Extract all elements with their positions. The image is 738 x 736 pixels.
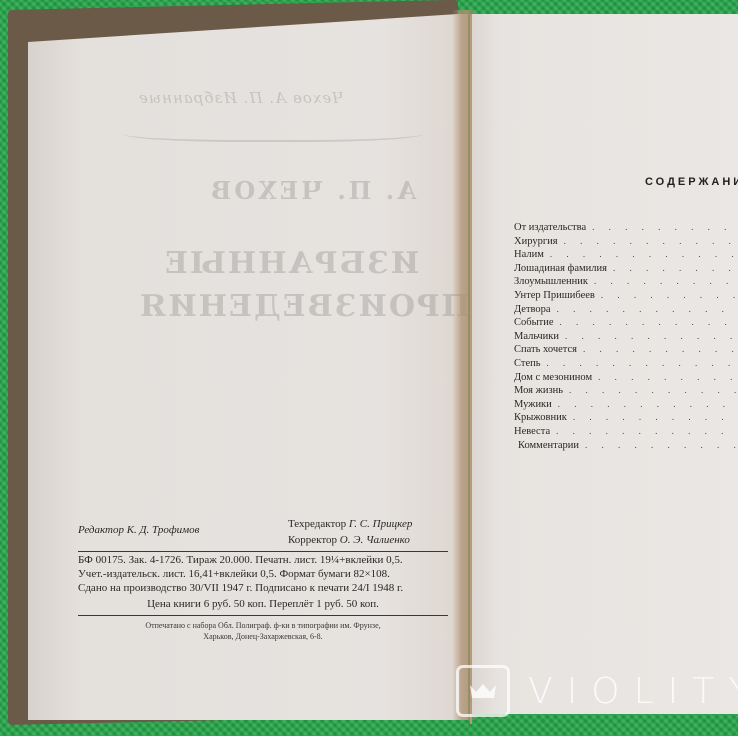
toc-leader: . . . . . . . . . . . . . . . . . . . . — [601, 290, 738, 300]
toc-item: Степь. . . . . . . . . . . . . . . . . .… — [514, 358, 738, 372]
toc-item-title: Событие — [514, 317, 554, 328]
toc-item: Мальчики. . . . . . . . . . . . . . . . … — [514, 331, 738, 345]
toc-item-title: Мужики — [514, 399, 552, 410]
toc-item-title: От издательства — [514, 222, 586, 233]
toc-title: СОДЕРЖАНИ — [645, 176, 738, 188]
toc-leader: . . . . . . . . . . . . . . . . . . . . — [565, 331, 738, 341]
bleed-through-inscription: Чехов А. П. Избранные — [138, 89, 344, 107]
toc-leader: . . . . . . . . . . . . . . . . . . . . — [564, 236, 738, 246]
imprint-line: Сдано на производство 30/VII 1947 г. Под… — [78, 582, 458, 594]
toc-item: Спать хочется. . . . . . . . . . . . . .… — [514, 344, 738, 358]
toc-item-title: Невеста — [514, 426, 550, 437]
toc-item: Унтер Пришибеев. . . . . . . . . . . . .… — [514, 290, 738, 304]
toc-leader: . . . . . . . . . . . . . . . . . . . . — [558, 399, 738, 409]
bleed-through-title-2: ПРОИЗВЕДЕНИЯ — [138, 289, 470, 324]
toc-item-title: Злоумышленник — [514, 276, 588, 287]
corrector-name: О. Э. Чалиенко — [340, 534, 410, 546]
toc-leader: . . . . . . . . . . . . . . . . . . . . — [547, 358, 738, 368]
toc-item-title: Детвора — [514, 304, 551, 315]
toc-leader: . . . . . . . . . . . . . . . . . . . . — [573, 412, 738, 422]
imprint-rule-bottom — [78, 615, 448, 616]
toc-item-title: Дом с мезонином — [514, 372, 592, 383]
imprint-line: БФ 00175. Зак. 4-1726. Тираж 20.000. Печ… — [78, 554, 458, 566]
bleed-through-flourish — [123, 122, 423, 142]
toc-item: Хирургия. . . . . . . . . . . . . . . . … — [514, 236, 738, 250]
toc-item-title: Крыжовник — [514, 412, 567, 423]
toc-item: Детвора. . . . . . . . . . . . . . . . .… — [514, 304, 738, 318]
toc-item-title: Комментарии — [518, 440, 579, 451]
toc-leader: . . . . . . . . . . . . . . . . . . . . — [560, 317, 738, 327]
corrector-role: Корректор — [288, 534, 337, 546]
bleed-through-title-1: ИЗБРАННЫЕ — [163, 246, 419, 281]
imprint-rule-top — [78, 551, 448, 552]
editor-role: Редактор — [78, 524, 124, 536]
watermark-text: VIOLITY — [528, 671, 738, 712]
toc-item: Дом с мезонином. . . . . . . . . . . . .… — [514, 372, 738, 386]
toc-item: Невеста. . . . . . . . . . . . . . . . .… — [514, 426, 738, 440]
toc-leader: . . . . . . . . . . . . . . . . . . . . — [556, 426, 738, 436]
toc-leader: . . . . . . . . . . . . . . . . . . . . — [550, 249, 738, 259]
printer-address: Харьков, Донец-Захаржевская, 6-8. — [78, 632, 448, 641]
toc-item-title: Лошадиная фамилия — [514, 263, 607, 274]
toc-item-title: Налим — [514, 249, 544, 260]
bleed-through-author: А. П. ЧЕХОВ — [208, 176, 417, 205]
toc-item-title: Мальчики — [514, 331, 559, 342]
editor-name: К. Д. Трофимов — [127, 524, 200, 536]
toc-item: Налим. . . . . . . . . . . . . . . . . .… — [514, 249, 738, 263]
toc-leader: . . . . . . . . . . . . . . . . . . . . — [583, 344, 738, 354]
toc-item: Злоумышленник. . . . . . . . . . . . . .… — [514, 276, 738, 290]
toc-leader: . . . . . . . . . . . . . . . . . . . . — [592, 222, 738, 232]
tech-editor-name: Г. С. Прицкер — [349, 518, 412, 530]
table-of-contents: От издательства. . . . . . . . . . . . .… — [514, 222, 738, 453]
editor-credit: Редактор К. Д. Трофимов — [78, 524, 199, 536]
toc-leader: . . . . . . . . . . . . . . . . . . . . — [613, 263, 738, 273]
toc-leader: . . . . . . . . . . . . . . . . . . . . — [594, 276, 738, 286]
toc-leader: . . . . . . . . . . . . . . . . . . . . — [569, 385, 738, 395]
toc-leader: . . . . . . . . . . . . . . . . . . . . — [585, 440, 738, 450]
toc-item: Лошадиная фамилия. . . . . . . . . . . .… — [514, 263, 738, 277]
toc-item-title: Хирургия — [514, 236, 558, 247]
toc-leader: . . . . . . . . . . . . . . . . . . . . — [557, 304, 738, 314]
toc-item: От издательства. . . . . . . . . . . . .… — [514, 222, 738, 236]
toc-leader: . . . . . . . . . . . . . . . . . . . . — [598, 372, 738, 382]
toc-item: Мужики. . . . . . . . . . . . . . . . . … — [514, 399, 738, 413]
imprint-line: Учет.-издательск. лист. 16,41+вклейки 0,… — [78, 568, 458, 580]
toc-item: Моя жизнь. . . . . . . . . . . . . . . .… — [514, 385, 738, 399]
printer-line: Отпечатано с набора Обл. Полиграф. ф-ки … — [78, 621, 448, 630]
toc-item-title: Унтер Пришибеев — [514, 290, 595, 301]
tech-editor-role: Техредактор — [288, 518, 346, 530]
crown-icon — [456, 665, 510, 717]
price-line: Цена книги 6 руб. 50 коп. Переплёт 1 руб… — [78, 598, 448, 610]
toc-item: Крыжовник. . . . . . . . . . . . . . . .… — [514, 412, 738, 426]
corrector-credit: Корректор О. Э. Чалиенко — [288, 534, 410, 546]
violity-watermark: VIOLITY — [456, 665, 738, 717]
toc-item: Комментарии. . . . . . . . . . . . . . .… — [514, 440, 738, 454]
toc-item-title: Спать хочется — [514, 344, 577, 355]
toc-item-title: Степь — [514, 358, 541, 369]
toc-item-title: Моя жизнь — [514, 385, 563, 396]
tech-editor-credit: Техредактор Г. С. Прицкер — [288, 518, 412, 530]
toc-item: Событие. . . . . . . . . . . . . . . . .… — [514, 317, 738, 331]
